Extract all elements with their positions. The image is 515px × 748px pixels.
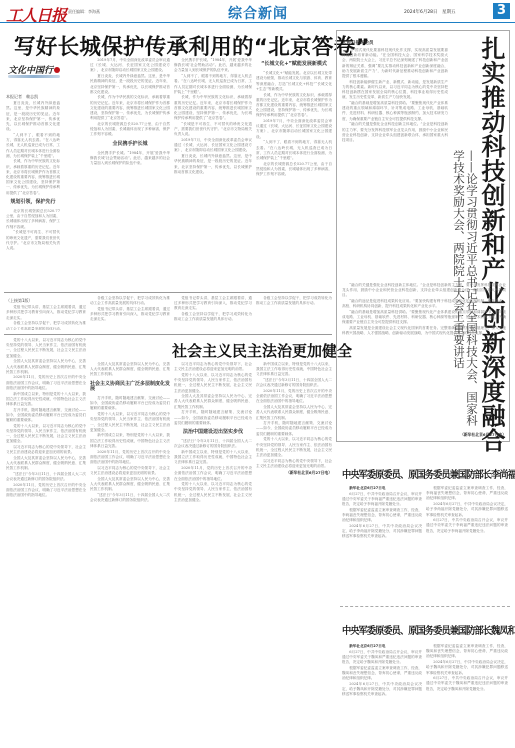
paragraph: 党的十八大以来，以习近平同志为核心的党中央坚持党的领导、人民当家作主、依法治国有… [90, 412, 170, 433]
paragraph: 以习近平同志为核心的党中央领导下，社会主义民主法治建设必将迎来更加光明的前景。 [6, 445, 86, 455]
paragraph: 各级工会坚持以学促干，把学习成效转化为推动工会工作高质量发展的具体行动。 [174, 312, 252, 322]
paragraph: 6月27日，中共中央政治局召开会议，审议并通过中央军委关于魏凤和严重违纪违法问题… [426, 676, 508, 692]
paragraph: 6月27日，中共中央政治局召开会议，审议并通过中央军委关于魏凤和严重违纪违法问题… [342, 650, 422, 666]
news-1-col-1: 新华社北京6月27日电 6月27日，中共中央政治局召开会议，审议并通过中央军委关… [342, 486, 422, 598]
paragraph: 全国人大及其常委会坚持以人民为中心，完善人大代表联系人民群众制度，健全吸纳民意、… [90, 477, 170, 493]
continued-story-col-1: （上接第1版） 党组书记带头讲，基层工会主席跟着讲，通过多种形式把学习教育引向深… [6, 296, 86, 330]
paragraph: 党的十八大以来，以习近平同志为核心的党中央坚持党的领导、人民当家作主、依法治国有… [6, 424, 86, 445]
lead-headline[interactable]: 写好长城保护传承利用的“北京答卷” [14, 30, 370, 61]
paragraph: 全国人大及其常委会坚持以人民为中心，完善人大代表联系人民群众制度，健全吸纳民意、… [6, 456, 86, 472]
paragraph: “人到不了，眼看不到的地方，得靠无人机去看。”在八达岭长城，无人机巡查已成为日常… [6, 133, 60, 159]
paragraph: “融合的关键是强化企业科技创新主体地位。”企业是科技创新的主力军，要充分发挥科技… [342, 122, 448, 143]
masthead-divider [0, 22, 515, 23]
editor-line: 责任编辑：李海燕 [68, 9, 100, 15]
paragraph: 全国人大及其常委会坚持以人民为中心，完善人大代表联系人民群众制度，健全吸纳民意、… [90, 362, 170, 378]
paragraph: 打开手机，随时随地建言献策、交流讨论——如今，全国政协委员移动履职平台已经成为委… [256, 421, 332, 437]
paragraph: 各级工会坚持以学促干，把学习成效转化为推动工会工作高质量发展的具体行动。 [6, 321, 86, 330]
lead-article-col-2: 2019年7月，中央全面深化改革委员会审议通过《长城、大运河、长征国家文化公园建… [90, 58, 170, 287]
paragraph: 以习近平同志为核心的党中央领导下，社会主义民主法治建设必将迎来更加光明的前景。 [90, 466, 170, 476]
news-1-col-2: 根据军委纪委监委立案审查调查工作，经查，李尚福丧失理想信念，背弃初心使命，严重违… [426, 486, 508, 598]
paragraph: 长城，作为中华民族的文化标识，承载着厚重的历史记忆。近年来，北京市将长城保护作为… [6, 159, 60, 195]
section-head: 法治中国建设迈出坚实步伐 [174, 430, 252, 435]
continued-story-col-2: 各级工会坚持以学促干，把学习成效转化为推动工会工作高质量发展的具体行动。 党组书… [90, 296, 170, 330]
paragraph: “述法日”今年3月11日，十四届全国人大二次会议表决通过新修订的国务院组织法。 [6, 472, 86, 482]
paragraph: 新中国成立以来，特别是党的十八大以来，我国立法工作取得历史性成就，中国特色社会主… [90, 433, 170, 449]
mid-article-col-1: 党的十八大以来，以习近平同志为核心的党中央坚持党的领导、人民当家作主、依法治国有… [6, 338, 86, 744]
paragraph: 夏日炎炎，长城内外绿意盎然。这里，是中华民族精神的象征，是一段段历史的见证。近年… [174, 154, 252, 175]
paragraph: 2024年6月27日，中共中央政治局会议决定，给予魏凤和开除党籍处分，对其涉嫌犯… [342, 682, 422, 698]
paragraph: 以习近平同志为核心的党中央领导下，社会主义民主法治建设必将迎来更加光明的前景。 [256, 459, 332, 469]
continued-story-col-4: 各级工会坚持以学促干，把学习成效转化为推动工会工作高质量发展的具体行动。 [256, 296, 332, 330]
paragraph: 2024年6月27日，中共中央政治局会议决定，给予魏凤和开除党籍处分，对其涉嫌犯… [426, 660, 508, 676]
section-head: 全民携手护长城 [90, 142, 170, 147]
news-divider [340, 606, 510, 607]
paragraph: 2019年7月，中央全面深化改革委员会审议通过《长城、大运河、长征国家文化公园建… [256, 119, 332, 140]
continued-label: （上接第1版） [6, 298, 86, 303]
editorial-col-upper: “中国式现代化要靠科技现代化作支撑，实现高质量发展要靠科技创新培育新动能。”在全… [342, 48, 448, 283]
paragraph: “融合的途径是促进科技成果转化应用。”要加快构建有利于科技成果转化的体制机制，强… [342, 299, 506, 309]
paragraph: 各级工会坚持以学促干，把学习成效转化为推动工会工作高质量发展的具体行动。 [90, 296, 170, 306]
paragraph: 党组书记带头讲，基层工会主席跟着讲，通过多种形式把学习教育引向深入，推动党纪学习… [6, 305, 86, 321]
paragraph: 打开手机，随时随地建言献策、交流讨论——如今，全国政协委员移动履职平台已经成为委… [174, 410, 252, 426]
column-logo: 文化中国行 [8, 63, 60, 81]
paragraph: 党的十八大以来，以习近平同志为核心的党中央坚持党的领导、人民当家作主、依法治国有… [6, 338, 86, 359]
paragraph: 2020年11月，党的历史上首次召开的中央全面依法治国工作会议，明确了习近平法治… [6, 483, 86, 499]
paragraph: 全民携手护长城。“1984年，开展‘爱我中华 修我长城’社会赞助活动”。此后，越… [174, 58, 252, 74]
paragraph: 根据军委纪委监委立案审查调查工作，经查，李尚福丧失理想信念，背弃初心使命，严重违… [426, 486, 508, 502]
paragraph: 打开手机，随时随地建言献策、交流讨论——如今，全国政协委员移动履职平台已经成为委… [90, 396, 170, 412]
lead-article-col-4: “长城文化+”赋能发展新模式 “长城文化+”赋能发展。北京以长城文化带建设为统领… [256, 58, 332, 287]
paragraph: 根据军委纪委监委立案审查调查工作，经查，魏凤和丧失理想信念，背弃初心使命，严重违… [342, 666, 422, 682]
paragraph: 打开手机，随时随地建言献策、交流讨论——如今，全国政协委员移动履职平台已经成为委… [6, 408, 86, 424]
paragraph: 2019年7月，中央全面深化改革委员会审议通过《长城、大运河、长征国家文化公园建… [174, 138, 252, 154]
section-head: 规划引领，保护先行 [6, 200, 60, 205]
editorial-col-lower: “融合的关键是强化企业科技创新主体地位。”企业是科技创新的主力军，要充分发挥科技… [342, 283, 506, 433]
paragraph: 全国人大及其常委会坚持以人民为中心，完善人大代表联系人民群众制度，健全吸纳民意、… [174, 394, 252, 410]
paragraph: 2019年7月，中央全面深化改革委员会审议通过《长城、大运河、长征国家文化公园建… [90, 58, 170, 74]
paragraph: 北京的长城资源总长520.77公里，由于自然侵蚀和人为因素，长城墙体出现了多种病… [90, 122, 170, 138]
news-2-col-1: 新华社北京6月27日电 6月27日，中共中央政治局召开会议，审议并通过中央军委关… [342, 644, 422, 746]
paragraph: 党的十八大以来，以习近平同志为核心的党中央坚持党的领导、人民当家作主、依法治国有… [174, 482, 252, 503]
great-wall-ribbon-icon [8, 75, 60, 78]
editorial-credit: （新华社北京6月27日电） [440, 432, 506, 438]
lead-article-col-3: 全民携手护长城。“1984年，开展‘爱我中华 修我长城’社会赞助活动”。此后，越… [174, 58, 252, 287]
paragraph: 夏日炎炎，长城内外绿意盎然。这里，是中华民族精神的象征，是一段段历史的见证。近年… [6, 101, 60, 132]
paragraph: 根据军委纪委监委立案审查调查工作，经查，李尚福丧失理想信念，背弃初心使命，严重违… [342, 508, 422, 524]
paragraph: 新中国成立以来，特别是党的十八大以来，我国立法工作取得历史性成就，中国特色社会主… [174, 450, 252, 466]
paragraph: “融合的关键是强化企业科技创新主体地位。”企业是科技创新的主力军，要充分发挥科技… [342, 283, 506, 299]
mid-headline[interactable]: 社会主义民主法治更加健全 [172, 340, 352, 361]
paragraph: “人到不了，眼看不到的地方，得靠无人机去看。”在八达岭长城，无人机巡查已成为日常… [256, 140, 332, 161]
paragraph: “融合的基础是增加高质量科技供给。”要聚焦现代化产业体系建设的重点领域和薄弱环节… [342, 310, 506, 326]
paragraph: 6月27日，中共中央政治局召开会议，审议并通过中央军委关于李尚福严重违纪违法问题… [342, 492, 422, 508]
paragraph: 根据军委纪委监委立案审查调查工作，经查，魏凤和丧失理想信念，背弃初心使命，严重违… [426, 644, 508, 660]
paragraph: 全国人大及其常委会坚持以人民为中心，完善人大代表联系人民群众制度，健全吸纳民意、… [256, 405, 332, 421]
publication-date: 2024年6月28日 星期五 [404, 9, 456, 15]
paragraph: 6月27日，中共中央政治局召开会议，审议并通过中央军委关于李尚福严重违纪违法问题… [426, 518, 508, 534]
paragraph: 长城，作为中华民族的文化标识，承载着厚重的历史记忆。近年来，北京市将长城保护作为… [174, 95, 252, 121]
paragraph: “长城是不可再生、不可替代的珍贵文化遗产，需要我们世世代代守护。”北京市文物局相… [6, 230, 60, 251]
paragraph: 北京的长城资源总长520.77公里，由于自然侵蚀和人为因素，长城墙体出现了多种病… [256, 162, 332, 178]
section-head: 社会主义协商民主广泛多层制度化发展 [90, 382, 170, 392]
paragraph: 新中国成立以来，特别是党的十八大以来，我国立法工作取得历史性成就，中国特色社会主… [6, 392, 86, 408]
paragraph: 全民携手护长城。“1984年，开展‘爱我中华 修我长城’社会赞助活动”。此后，越… [90, 151, 170, 167]
news-headline-1[interactable]: 中央军委原委员、原国务委员兼国防部长李尚福受到开除党籍处分 [342, 466, 515, 481]
paragraph: 2020年11月，党的历史上首次召开的中央全面依法治国工作会议，明确了习近平法治… [174, 466, 252, 482]
section-divider [4, 334, 332, 335]
paragraph: 党组书记带头讲，基层工会主席跟着讲，通过多种形式把学习教育引向深入，推动党纪学习… [174, 296, 252, 312]
section-head: “长城文化+”赋能发展新模式 [256, 62, 332, 67]
paragraph: 2020年11月，党的历史上首次召开的中央全面依法治国工作会议，明确了习近平法治… [256, 389, 332, 405]
paragraph: 党的十八大以来，以习近平同志为核心的党中央坚持党的领导、人民当家作主、依法治国有… [256, 437, 332, 458]
section-title: 综合新闻 [228, 3, 288, 23]
paragraph: 北京的长城资源总长520.77公里，由于自然侵蚀和人为因素，长城墙体出现了多种病… [6, 209, 60, 230]
news-2-col-2: 根据军委纪委监委立案审查调查工作，经查，魏凤和丧失理想信念，背弃初心使命，严重违… [426, 644, 508, 746]
paragraph: 科技创新能够催生新产业、新模式、新动能，是发展新质生产力的核心要素。新时代以来，… [342, 80, 448, 101]
mid-article-col-3: 以习近平同志为核心的党中央领导下，社会主义民主法治建设必将迎来更加光明的前景。 … [174, 362, 252, 744]
paragraph: “述法日”今年3月11日，十四届全国人大二次会议表决通过新修订的国务院组织法。 [174, 439, 252, 449]
paragraph: 长城，作为中华民族的文化标识，承载着厚重的历史记忆。近年来，北京市将长城保护作为… [256, 93, 332, 119]
seal-icon [54, 67, 60, 73]
mid-article-col-4: 新中国成立以来，特别是党的十八大以来，我国立法工作取得历史性成就，中国特色社会主… [256, 362, 332, 744]
paragraph: 夏日炎炎，长城内外绿意盎然。这里，是中华民族精神的象征，是一段段历史的见证。近年… [90, 74, 170, 95]
paragraph: 2020年11月，党的历史上首次召开的中央全面依法治国工作会议，明确了习近平法治… [90, 450, 170, 466]
paragraph: 2020年11月，党的历史上首次召开的中央全面依法治国工作会议，明确了习近平法治… [6, 375, 86, 391]
paragraph: “人到不了，眼看不到的地方，得靠无人机去看。”在八达岭长城，无人机巡查已成为日常… [174, 74, 252, 95]
paragraph: 2024年6月27日，中共中央政治局会议决定，给予李尚福开除党籍处分，对其涉嫌犯… [342, 524, 422, 540]
byline: 本报记者 赖志凯 [6, 94, 60, 99]
dateline: 新华社北京6月27日电 [349, 486, 385, 490]
paragraph: 党的十八大以来，以习近平同志为核心的党中央坚持党的领导、人民当家作主、依法治国有… [174, 373, 252, 394]
paragraph: 党组书记带头讲，基层工会主席跟着讲，通过多种形式把学习教育引向深入，推动党纪学习… [90, 307, 170, 323]
paragraph: “融合的基础是增加高质量科技供给。”要聚焦现代化产业体系建设的重点领域和薄弱环节… [342, 101, 448, 122]
editorial-label: 人民日报评论员 [342, 40, 374, 46]
dateline: 新华社北京6月27日电 [349, 644, 385, 648]
paragraph: 全国人大及其常委会坚持以人民为中心，完善人大代表联系人民群众制度，健全吸纳民意、… [6, 359, 86, 375]
paragraph: 长城，作为中华民族的文化标识，承载着厚重的历史记忆。近年来，北京市将长城保护作为… [90, 95, 170, 121]
paragraph: 各级工会坚持以学促干，把学习成效转化为推动工会工作高质量发展的具体行动。 [256, 296, 332, 306]
paragraph: “述法日”今年3月11日，十四届全国人大二次会议表决通过新修订的国务院组织法。 [90, 493, 170, 503]
paragraph: “中国式现代化要靠科技现代化作支撑，实现高质量发展要靠科技创新培育新动能。”在全… [342, 48, 448, 79]
section-divider [4, 292, 332, 293]
lead-article-col-1: 本报记者 赖志凯 夏日炎炎，长城内外绿意盎然。这里，是中华民族精神的象征，是一段… [6, 92, 60, 287]
page-number-badge: 3 [493, 3, 510, 19]
mid-article-col-2: 全国人大及其常委会坚持以人民为中心，完善人大代表联系人民群众制度，健全吸纳民意、… [90, 362, 170, 744]
paragraph: 2024年6月27日，中共中央政治局会议决定，给予李尚福开除党籍处分，对其涉嫌犯… [426, 502, 508, 518]
paragraph: 以习近平同志为核心的党中央领导下，社会主义民主法治建设必将迎来更加光明的前景。 [174, 362, 252, 372]
paragraph: “长城是不可再生、不可替代的珍贵文化遗产，需要我们世世代代守护。”北京市文物局相… [174, 122, 252, 138]
news-headline-2[interactable]: 中央军委原委员、原国务委员兼国防部长魏凤和受到开除党籍处分 [342, 622, 515, 637]
paragraph: “长城文化+”赋能发展。北京以长城文化带建设为统领，推动长城文化与旅游、体育、教… [256, 71, 332, 92]
credit-line: （新华社北京6月27日电） [256, 470, 332, 475]
paragraph: 新中国成立以来，特别是党的十八大以来，我国立法工作取得历史性成就，中国特色社会主… [256, 362, 332, 378]
paragraph: “述法日”今年3月11日，十四届全国人大二次会议表决通过新修订的国务院组织法。 [256, 378, 332, 388]
continued-story-col-3: 党组书记带头讲，基层工会主席跟着讲，通过多种形式把学习教育引向深入，推动党纪学习… [174, 296, 252, 330]
paragraph: 高质量发展是全面建设社会主义现代化国家的首要任务。完整准确全面贯彻新发展理念，深… [342, 326, 506, 336]
